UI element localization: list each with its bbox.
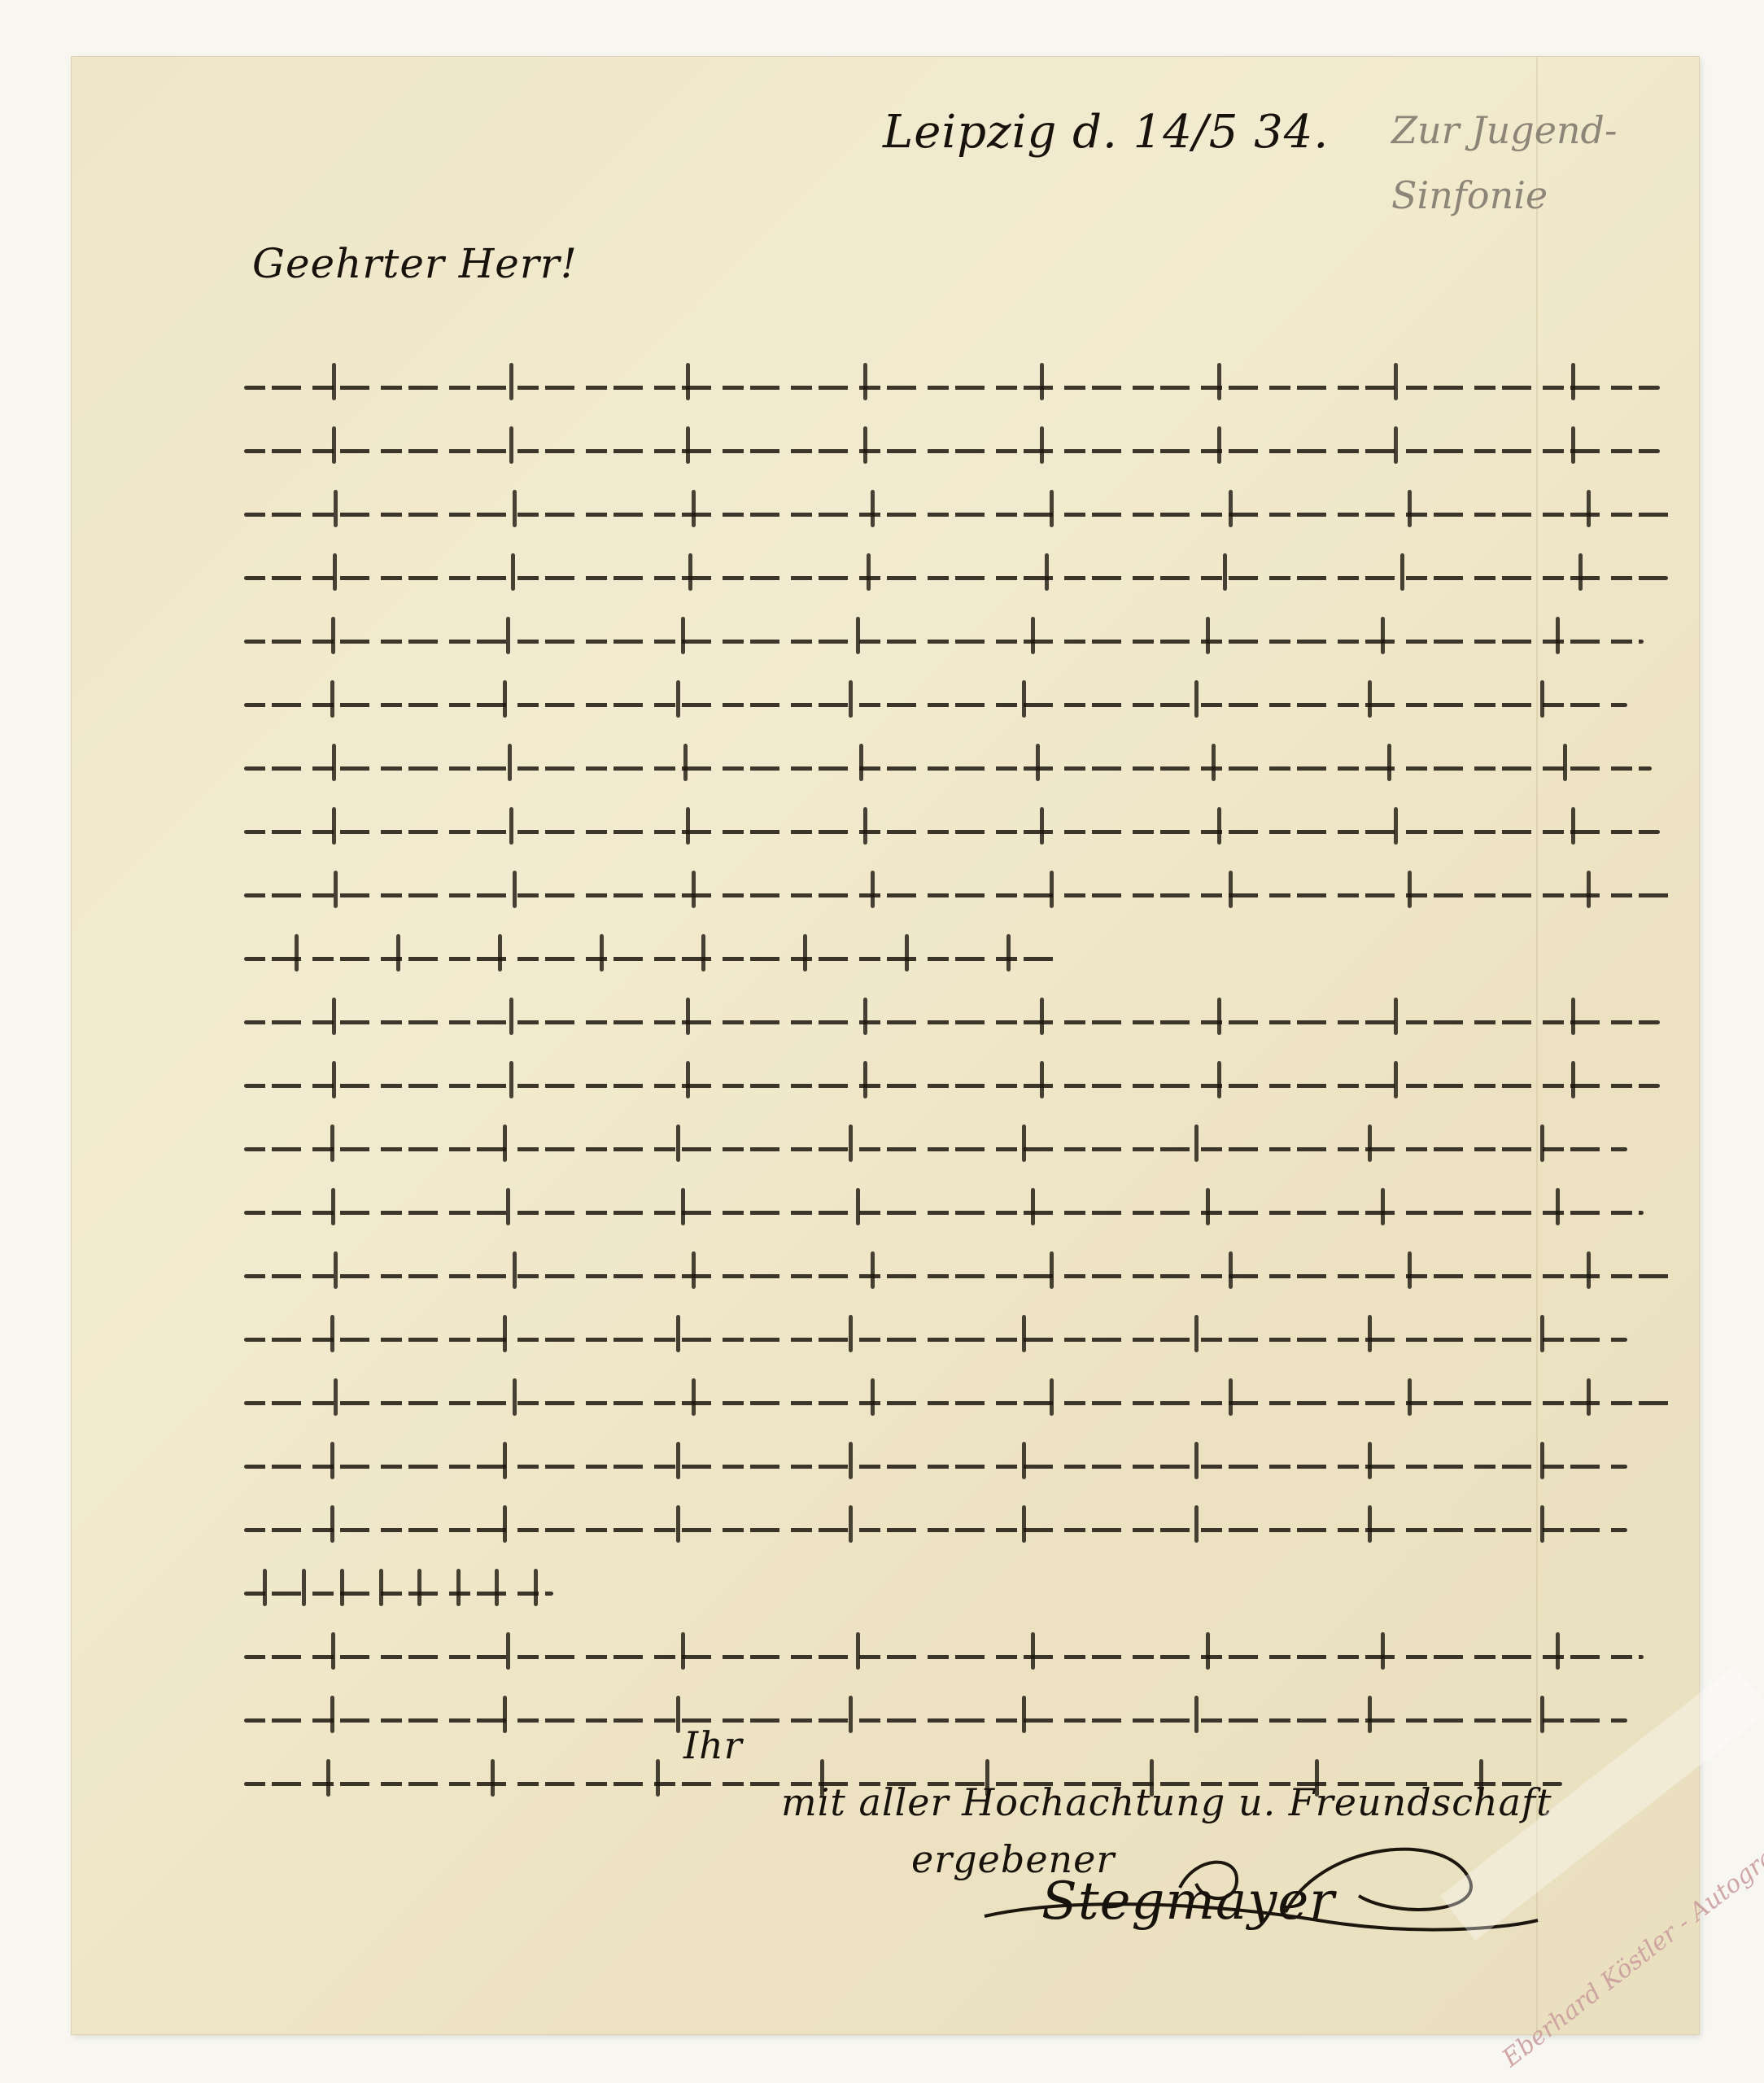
handwriting-ascender xyxy=(534,1569,538,1606)
handwriting-ascender xyxy=(331,1632,335,1670)
handwriting-stroke xyxy=(244,1084,1660,1088)
handwriting-stroke xyxy=(244,386,1660,390)
handwriting-ascender xyxy=(503,1315,507,1352)
handwriting-ascender xyxy=(1400,553,1404,591)
handwriting-ascender xyxy=(1556,1632,1560,1670)
handwriting-ascender xyxy=(1050,871,1054,908)
body-line-illegible xyxy=(244,802,1692,854)
body-line-illegible xyxy=(244,1373,1692,1426)
handwriting-ascender xyxy=(1381,1188,1385,1225)
handwriting-stroke xyxy=(244,449,1660,453)
body-line-illegible xyxy=(244,421,1692,474)
handwriting-ascender xyxy=(332,807,336,845)
handwriting-ascender xyxy=(498,934,502,972)
handwriting-ascender xyxy=(676,1696,680,1733)
handwriting-ascender xyxy=(1540,1442,1544,1479)
handwriting-ascender xyxy=(859,744,863,781)
handwriting-ascender xyxy=(676,1442,680,1479)
handwriting-ascender xyxy=(688,553,692,591)
handwriting-ascender xyxy=(1036,744,1040,781)
body-line-illegible xyxy=(244,739,1692,791)
handwriting-ascender xyxy=(1217,426,1221,464)
body-line-illegible xyxy=(244,1437,1692,1489)
handwriting-ascender xyxy=(1031,1632,1035,1670)
handwriting-ascender xyxy=(503,680,507,718)
handwriting-ascender xyxy=(330,680,334,718)
body-line-illegible xyxy=(244,1247,1692,1299)
handwriting-ascender xyxy=(1540,680,1544,718)
handwriting-ascender xyxy=(1031,617,1035,654)
handwriting-stroke xyxy=(244,1274,1676,1278)
handwriting-ascender xyxy=(1206,617,1210,654)
handwriting-ascender xyxy=(1217,363,1221,400)
handwriting-ascender xyxy=(1394,1061,1398,1098)
handwriting-ascender xyxy=(676,1505,680,1543)
handwriting-ascender xyxy=(1022,1124,1026,1162)
handwriting-ascender xyxy=(334,1251,338,1289)
handwriting-ascender xyxy=(849,1315,853,1352)
handwriting-ascender xyxy=(863,363,867,400)
handwriting-ascender xyxy=(334,1378,338,1416)
handwriting-ascender xyxy=(1571,363,1575,400)
handwriting-stroke xyxy=(244,1655,1644,1659)
handwriting-ascender xyxy=(331,617,335,654)
handwriting-ascender xyxy=(332,998,336,1035)
handwriting-stroke xyxy=(244,1147,1627,1151)
handwriting-ascender xyxy=(1194,1315,1199,1352)
handwriting-ascender xyxy=(334,490,338,527)
handwriting-ascender xyxy=(331,1188,335,1225)
handwriting-ascender xyxy=(1229,490,1233,527)
handwriting-ascender xyxy=(1040,807,1044,845)
handwriting-ascender xyxy=(686,426,690,464)
handwriting-ascender xyxy=(513,490,517,527)
signature: Stegmayer xyxy=(1041,1871,1335,1932)
handwriting-ascender xyxy=(681,1188,685,1225)
dateline: Leipzig d. 14/5 34. xyxy=(883,106,1329,159)
handwriting-ascender xyxy=(1394,363,1398,400)
handwriting-ascender xyxy=(1022,680,1026,718)
handwriting-ascender xyxy=(332,426,336,464)
handwriting-ascender xyxy=(701,934,705,972)
body-line-illegible xyxy=(244,485,1692,537)
handwriting-ascender xyxy=(506,617,510,654)
handwriting-ascender xyxy=(863,998,867,1035)
handwriting-ascender xyxy=(1212,744,1216,781)
handwriting-ascender xyxy=(263,1569,267,1606)
handwriting-ascender xyxy=(1394,426,1398,464)
handwriting-ascender xyxy=(1587,871,1591,908)
handwriting-stroke xyxy=(244,640,1644,644)
handwriting-ascender xyxy=(1408,871,1412,908)
handwriting-ascender xyxy=(871,871,875,908)
handwriting-ascender xyxy=(681,617,685,654)
handwriting-ascender xyxy=(676,1124,680,1162)
handwriting-ascender xyxy=(1381,1632,1385,1670)
handwriting-ascender xyxy=(871,490,875,527)
handwriting-ascender xyxy=(332,744,336,781)
handwriting-ascender xyxy=(686,1061,690,1098)
handwriting-ascender xyxy=(330,1505,334,1543)
handwriting-ascender xyxy=(1040,426,1044,464)
handwriting-ascender xyxy=(1194,1442,1199,1479)
handwriting-stroke xyxy=(244,703,1627,707)
handwriting-ascender xyxy=(1206,1188,1210,1225)
handwriting-ascender xyxy=(509,1061,513,1098)
handwriting-ascender xyxy=(1040,1061,1044,1098)
handwriting-ascender xyxy=(379,1569,383,1606)
handwriting-stroke xyxy=(244,576,1668,580)
handwriting-ascender xyxy=(849,1442,853,1479)
handwriting-ascender xyxy=(509,998,513,1035)
letter-body xyxy=(244,358,1692,1818)
handwriting-ascender xyxy=(1556,617,1560,654)
handwriting-ascender xyxy=(396,934,400,972)
handwriting-stroke xyxy=(244,1211,1644,1215)
handwriting-ascender xyxy=(1194,1124,1199,1162)
body-line-illegible xyxy=(244,1564,1692,1616)
handwriting-ascender xyxy=(1368,1315,1372,1352)
handwriting-ascender xyxy=(332,1061,336,1098)
handwriting-ascender xyxy=(1587,490,1591,527)
body-line-illegible xyxy=(244,1183,1692,1235)
handwriting-ascender xyxy=(1368,680,1372,718)
body-line-illegible xyxy=(244,612,1692,664)
handwriting-stroke xyxy=(244,830,1660,834)
handwriting-ascender xyxy=(330,1442,334,1479)
handwriting-ascender xyxy=(330,1696,334,1733)
body-line-illegible xyxy=(244,675,1692,727)
handwriting-stroke xyxy=(244,1592,553,1596)
handwriting-ascender xyxy=(1587,1251,1591,1289)
handwriting-ascender xyxy=(513,871,517,908)
handwriting-ascender xyxy=(333,553,337,591)
handwriting-ascender xyxy=(340,1569,344,1606)
handwriting-ascender xyxy=(506,1632,510,1670)
handwriting-ascender xyxy=(1229,1378,1233,1416)
handwriting-ascender xyxy=(1217,998,1221,1035)
handwriting-ascender xyxy=(871,1378,875,1416)
handwriting-stroke xyxy=(244,957,1058,961)
handwriting-ascender xyxy=(1217,807,1221,845)
handwriting-ascender xyxy=(1408,1251,1412,1289)
handwriting-ascender xyxy=(905,934,909,972)
handwriting-ascender xyxy=(1571,1061,1575,1098)
handwriting-ascender xyxy=(1050,1378,1054,1416)
handwriting-ascender xyxy=(1045,553,1049,591)
handwriting-ascender xyxy=(326,1759,330,1797)
handwriting-stroke xyxy=(244,1465,1627,1469)
body-line-illegible xyxy=(244,1500,1692,1552)
body-line-illegible xyxy=(244,358,1692,410)
handwriting-ascender xyxy=(1022,1505,1026,1543)
handwriting-ascender xyxy=(692,1251,696,1289)
handwriting-ascender xyxy=(1368,1124,1372,1162)
handwriting-ascender xyxy=(871,1251,875,1289)
handwriting-ascender xyxy=(509,363,513,400)
handwriting-ascender xyxy=(334,871,338,908)
handwriting-ascender xyxy=(1022,1442,1026,1479)
body-line-illegible xyxy=(244,1120,1692,1172)
pencil-annotation: Zur Jugend-Sinfonie xyxy=(1391,98,1701,228)
handwriting-stroke xyxy=(244,1338,1627,1342)
handwriting-ascender xyxy=(1540,1124,1544,1162)
handwriting-ascender xyxy=(1381,617,1385,654)
handwriting-ascender xyxy=(686,998,690,1035)
handwriting-ascender xyxy=(509,426,513,464)
handwriting-ascender xyxy=(1223,553,1227,591)
handwriting-ascender xyxy=(1206,1632,1210,1670)
handwriting-ascender xyxy=(686,807,690,845)
handwriting-stroke xyxy=(244,513,1676,517)
handwriting-ascender xyxy=(849,1124,853,1162)
handwriting-ascender xyxy=(509,807,513,845)
closing-line-2: mit aller Hochachtung u. Freundschaft xyxy=(781,1774,1552,1831)
handwriting-ascender xyxy=(1571,998,1575,1035)
handwriting-ascender xyxy=(503,1124,507,1162)
body-line-illegible xyxy=(244,1056,1692,1108)
handwriting-ascender xyxy=(1006,934,1011,972)
handwriting-ascender xyxy=(330,1315,334,1352)
handwriting-ascender xyxy=(856,617,860,654)
handwriting-stroke xyxy=(244,766,1652,771)
body-line-illegible xyxy=(244,1310,1692,1362)
handwriting-ascender xyxy=(491,1759,495,1797)
handwriting-ascender xyxy=(1368,1505,1372,1543)
handwriting-ascender xyxy=(1563,744,1567,781)
handwriting-ascender xyxy=(1229,1251,1233,1289)
handwriting-stroke xyxy=(244,893,1676,897)
handwriting-ascender xyxy=(1408,1378,1412,1416)
handwriting-ascender xyxy=(1578,553,1583,591)
handwriting-ascender xyxy=(686,363,690,400)
handwriting-ascender xyxy=(1587,1378,1591,1416)
handwriting-ascender xyxy=(803,934,807,972)
handwriting-ascender xyxy=(503,1505,507,1543)
handwriting-stroke xyxy=(244,1020,1660,1024)
handwriting-ascender xyxy=(676,680,680,718)
handwriting-ascender xyxy=(513,1378,517,1416)
handwriting-ascender xyxy=(506,1188,510,1225)
handwriting-ascender xyxy=(683,744,688,781)
handwriting-stroke xyxy=(244,1401,1676,1405)
handwriting-ascender xyxy=(1194,680,1199,718)
salutation: Geehrter Herr! xyxy=(252,240,578,287)
handwriting-ascender xyxy=(1368,1442,1372,1479)
handwriting-ascender xyxy=(1540,1505,1544,1543)
handwriting-ascender xyxy=(863,426,867,464)
handwriting-ascender xyxy=(1217,1061,1221,1098)
handwriting-ascender xyxy=(867,553,871,591)
handwriting-ascender xyxy=(1194,1505,1199,1543)
handwriting-ascender xyxy=(849,1505,853,1543)
handwriting-ascender xyxy=(1031,1188,1035,1225)
handwriting-ascender xyxy=(849,680,853,718)
handwriting-ascender xyxy=(330,1124,334,1162)
handwriting-stroke xyxy=(244,1528,1627,1532)
handwriting-ascender xyxy=(1556,1188,1560,1225)
handwriting-ascender xyxy=(863,807,867,845)
handwriting-ascender xyxy=(1540,1315,1544,1352)
handwriting-ascender xyxy=(656,1759,660,1797)
handwriting-ascender xyxy=(681,1632,685,1670)
handwriting-ascender xyxy=(856,1188,860,1225)
handwriting-ascender xyxy=(417,1569,421,1606)
handwriting-ascender xyxy=(295,934,299,972)
handwriting-ascender xyxy=(600,934,604,972)
handwriting-ascender xyxy=(692,871,696,908)
handwriting-ascender xyxy=(676,1315,680,1352)
handwriting-ascender xyxy=(856,1632,860,1670)
handwriting-ascender xyxy=(692,490,696,527)
body-line-illegible xyxy=(244,929,1692,981)
handwriting-ascender xyxy=(503,1442,507,1479)
handwriting-ascender xyxy=(508,744,512,781)
handwriting-ascender xyxy=(302,1569,306,1606)
handwriting-ascender xyxy=(511,553,515,591)
handwriting-ascender xyxy=(1387,744,1391,781)
body-line-illegible xyxy=(244,993,1692,1045)
body-line-illegible xyxy=(244,548,1692,600)
handwriting-ascender xyxy=(1571,426,1575,464)
handwriting-ascender xyxy=(1050,1251,1054,1289)
handwriting-ascender xyxy=(1040,998,1044,1035)
handwriting-ascender xyxy=(503,1696,507,1733)
closing-line-1: Ihr xyxy=(683,1717,1552,1774)
handwriting-ascender xyxy=(1229,871,1233,908)
handwriting-ascender xyxy=(1571,807,1575,845)
handwriting-ascender xyxy=(863,1061,867,1098)
handwriting-ascender xyxy=(692,1378,696,1416)
handwriting-ascender xyxy=(513,1251,517,1289)
handwriting-ascender xyxy=(456,1569,461,1606)
handwriting-ascender xyxy=(1022,1315,1026,1352)
handwriting-ascender xyxy=(1408,490,1412,527)
handwriting-ascender xyxy=(1040,363,1044,400)
handwriting-ascender xyxy=(495,1569,499,1606)
handwriting-ascender xyxy=(1394,998,1398,1035)
handwriting-ascender xyxy=(1050,490,1054,527)
body-line-illegible xyxy=(244,866,1692,918)
body-line-illegible xyxy=(244,1627,1692,1679)
handwriting-ascender xyxy=(1394,807,1398,845)
handwriting-ascender xyxy=(332,363,336,400)
